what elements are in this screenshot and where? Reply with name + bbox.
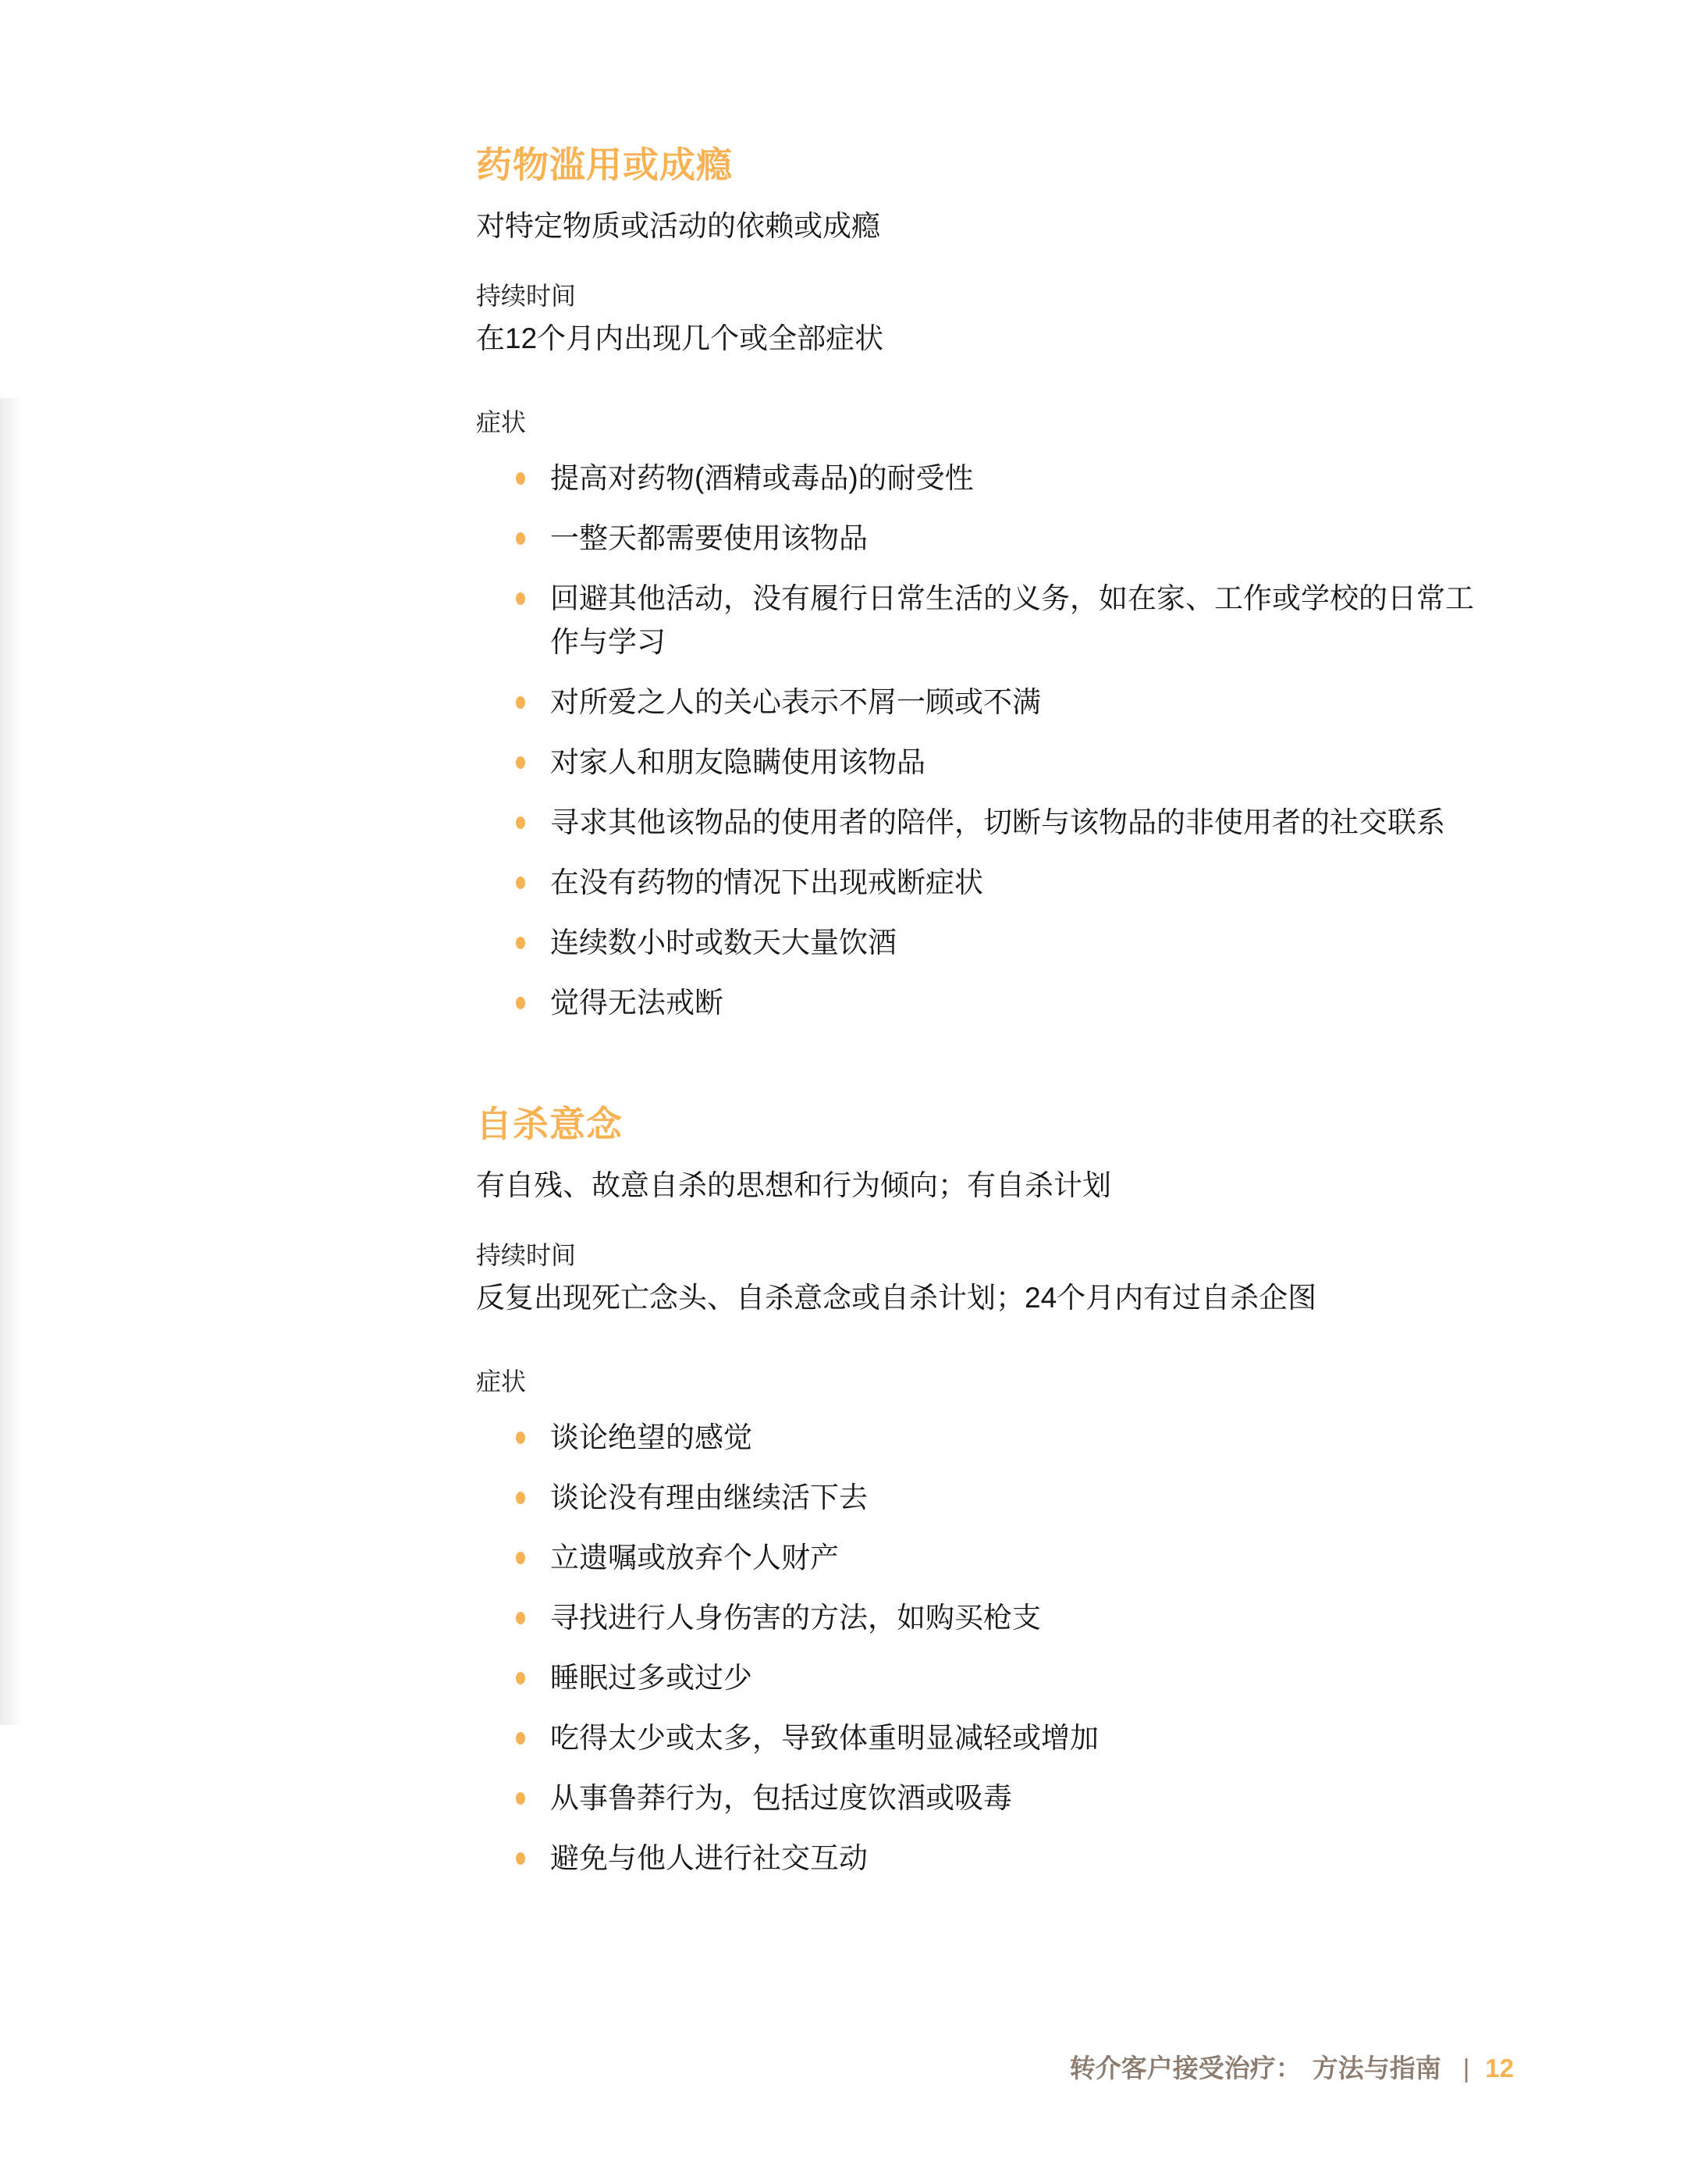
bullet-icon [516,1612,525,1624]
page-number: 12 [1485,2054,1514,2083]
symptom-item: 觉得无法戒断 [516,981,1514,1025]
symptom-item: 寻求其他该物品的使用者的陪伴，切断与该物品的非使用者的社交联系 [516,801,1514,845]
symptom-text: 谈论没有理由继续活下去 [550,1476,868,1520]
bullet-icon [516,1852,525,1865]
symptom-text: 回避其他活动，没有履行日常生活的义务，如在家、工作或学校的日常工作与学习 [550,577,1487,664]
bullet-icon [516,1672,525,1684]
bullet-icon [516,592,525,605]
symptom-text: 寻求其他该物品的使用者的陪伴，切断与该物品的非使用者的社交联系 [550,801,1445,845]
symptom-item: 避免与他人进行社交互动 [516,1837,1514,1880]
symptom-item: 从事鲁莽行为，包括过度饮酒或吸毒 [516,1777,1514,1820]
bullet-icon [516,1732,525,1745]
symptom-text: 吃得太少或太多，导致体重明显减轻或增加 [550,1716,1099,1760]
symptom-item: 寻找进行人身伤害的方法，如购买枪支 [516,1596,1514,1640]
symptom-text: 对所爱之人的关心表示不屑一顾或不满 [550,681,1041,724]
symptom-text: 谈论绝望的感觉 [550,1416,752,1460]
bullet-icon [516,532,525,545]
duration-label: 持续时间 [476,280,1514,311]
bullet-icon [516,696,525,709]
symptom-item: 对家人和朋友隐瞒使用该物品 [516,741,1514,784]
duration-text: 反复出现死亡念头、自杀意念或自杀计划；24个月内有过自杀企图 [476,1280,1514,1316]
symptom-text: 寻找进行人身伤害的方法，如购买枪支 [550,1596,1041,1640]
symptom-text: 立遗嘱或放弃个人财产 [550,1536,839,1580]
bullet-icon [516,1552,525,1564]
symptom-text: 睡眠过多或过少 [550,1656,752,1700]
bullet-icon [516,1492,525,1504]
condition-section: 药物滥用或成瘾 对特定物质或活动的依赖或成瘾 持续时间 在12个月内出现几个或全… [476,144,1514,1025]
page-footer: 转介客户接受治疗：方法与指南|12 [1070,2051,1514,2086]
symptom-item: 连续数小时或数天大量饮酒 [516,921,1514,965]
section-heading: 自杀意念 [476,1103,1514,1146]
section-heading: 药物滥用或成瘾 [476,144,1514,187]
symptom-text: 从事鲁莽行为，包括过度饮酒或吸毒 [550,1777,1012,1820]
footer-title: 转介客户接受治疗： [1070,2054,1302,2083]
symptoms-label: 症状 [476,1366,1514,1397]
footer-separator: | [1463,2054,1470,2083]
section-description: 有自残、故意自杀的思想和行为倾向；有自杀计划 [476,1168,1514,1204]
symptom-text: 对家人和朋友隐瞒使用该物品 [550,741,925,784]
symptom-item: 对所爱之人的关心表示不屑一顾或不满 [516,681,1514,724]
content: 药物滥用或成瘾 对特定物质或活动的依赖或成瘾 持续时间 在12个月内出现几个或全… [476,144,1514,1897]
bullet-icon [516,756,525,769]
condition-section: 自杀意念 有自残、故意自杀的思想和行为倾向；有自杀计划 持续时间 反复出现死亡念… [476,1103,1514,1880]
symptom-item: 在没有药物的情况下出现戒断症状 [516,861,1514,905]
symptom-text: 连续数小时或数天大量饮酒 [550,921,897,965]
symptom-item: 吃得太少或太多，导致体重明显减轻或增加 [516,1716,1514,1760]
bullet-icon [516,472,525,485]
symptom-text: 一整天都需要使用该物品 [550,517,868,560]
symptom-item: 谈论没有理由继续活下去 [516,1476,1514,1520]
section-description: 对特定物质或活动的依赖或成瘾 [476,208,1514,244]
symptom-item: 睡眠过多或过少 [516,1656,1514,1700]
bullet-icon [516,1792,525,1805]
symptom-item: 回避其他活动，没有履行日常生活的义务，如在家、工作或学校的日常工作与学习 [516,577,1514,664]
page-edge-shadow [0,398,23,1725]
symptom-item: 一整天都需要使用该物品 [516,517,1514,560]
symptom-text: 提高对药物(酒精或毒品)的耐受性 [550,457,974,500]
symptoms-label: 症状 [476,407,1514,438]
bullet-icon [516,937,525,949]
symptom-item: 谈论绝望的感觉 [516,1416,1514,1460]
symptom-text: 在没有药物的情况下出现戒断症状 [550,861,983,905]
bullet-icon [516,997,525,1009]
symptoms-list: 谈论绝望的感觉谈论没有理由继续活下去立遗嘱或放弃个人财产寻找进行人身伤害的方法，… [476,1416,1514,1880]
bullet-icon [516,816,525,829]
duration-label: 持续时间 [476,1240,1514,1271]
symptom-text: 避免与他人进行社交互动 [550,1837,868,1880]
symptom-text: 觉得无法戒断 [550,981,723,1025]
bullet-icon [516,877,525,889]
symptom-item: 提高对药物(酒精或毒品)的耐受性 [516,457,1514,500]
bullet-icon [516,1432,525,1444]
symptom-item: 立遗嘱或放弃个人财产 [516,1536,1514,1580]
duration-text: 在12个月内出现几个或全部症状 [476,321,1514,357]
footer-subtitle: 方法与指南 [1313,2054,1441,2083]
symptoms-list: 提高对药物(酒精或毒品)的耐受性一整天都需要使用该物品回避其他活动，没有履行日常… [476,457,1514,1025]
document-page: 药物滥用或成瘾 对特定物质或活动的依赖或成瘾 持续时间 在12个月内出现几个或全… [0,0,1684,2184]
